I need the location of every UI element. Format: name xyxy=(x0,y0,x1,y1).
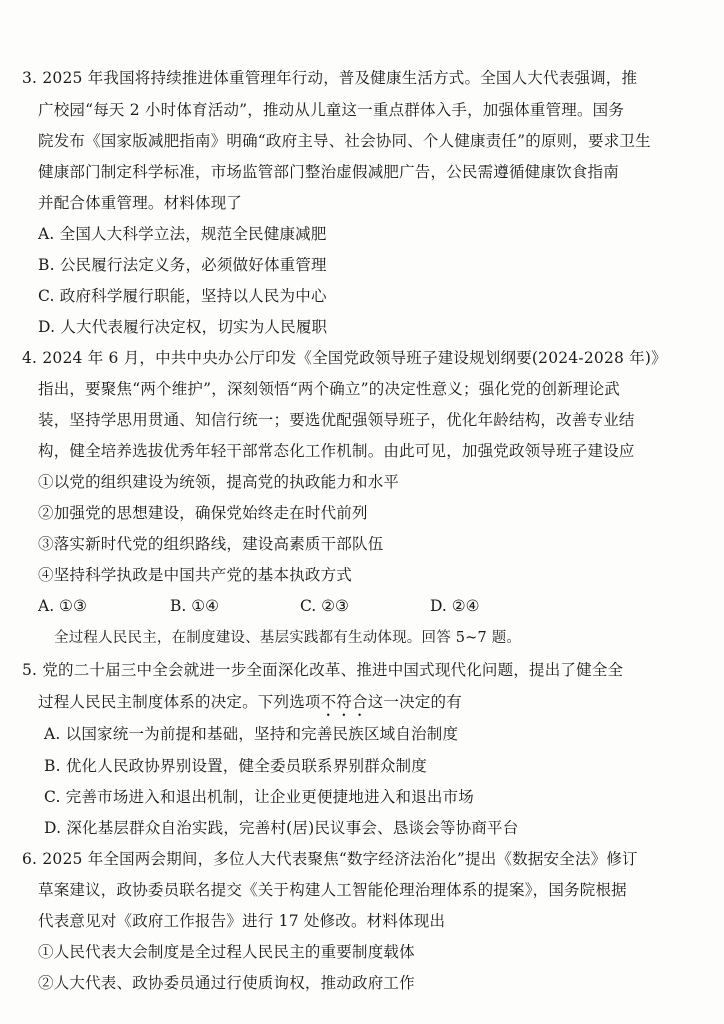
q6-stem-line: 6. 2025 年全国两会期间，多位人大代表聚焦“数字经济法治化”提出《数据安全… xyxy=(22,849,638,869)
q5-stem-line: 过程人民民主制度体系的决定。下列选项不符合这一决定的有 xyxy=(38,692,462,720)
q6-stem-line: 草案建议，政协委员联名提交《关于构建人工智能伦理治理体系的提案》，国务院根据 xyxy=(38,880,627,900)
q5-stem-line: 5. 党的二十届三中全会就进一步全面深化改革、推进中国式现代化问题，提出了健全全 xyxy=(22,660,623,680)
q3-option-a: A. 全国人大科学立法，规范全民健康减肥 xyxy=(38,224,327,244)
q4-statement-4: ④坚持科学执政是中国共产党的基本执政方式 xyxy=(38,565,352,585)
exam-page: 3. 2025 年我国将持续推进体重管理年行动，普及健康生活方式。全国人大代表强… xyxy=(0,0,724,1024)
q3-stem-line: 并配合体重管理。材料体现了 xyxy=(38,193,242,213)
q5-emphasis-not-conform: 不符合 xyxy=(321,693,368,711)
q4-stem-line: 指出，要聚焦“两个维护”，深刻领悟“两个确立”的决定性意义；强化党的创新理论武 xyxy=(38,379,620,399)
q3-stem-line: 广校园“每天 2 小时体育活动”，推动从儿童这一重点群体入手，加强体重管理。国务 xyxy=(38,100,624,120)
q4-stem-line: 4. 2024 年 6 月，中共中央办公厅印发《全国党政领导班子建设规划纲要(2… xyxy=(22,348,667,368)
q4-statement-3: ③落实新时代党的组织路线，建设高素质干部队伍 xyxy=(38,534,383,554)
q5-stem-post: 这一决定的有 xyxy=(368,693,462,711)
q6-statement-1: ①人民代表大会制度是全过程人民民主的重要制度载体 xyxy=(38,942,415,962)
q4-choice-b: B. ①④ xyxy=(170,596,219,616)
q3-option-c: C. 政府科学履行职能，坚持以人民为中心 xyxy=(38,286,327,306)
q3-option-d: D. 人大代表履行决定权，切实为人民履职 xyxy=(38,317,327,337)
q3-stem-line: 院发布《国家版减肥指南》明确“政府主导、社会协同、个人健康责任”的原则，要求卫生 xyxy=(38,131,651,151)
q5-option-c: C. 完善市场进入和退出机制，让企业更便捷地进入和退出市场 xyxy=(44,787,474,807)
q5-option-d: D. 深化基层群众自治实践，完善村(居)民议事会、恳谈会等协商平台 xyxy=(44,818,518,838)
q6-stem-line: 代表意见对《政府工作报告》进行 17 处修改。材料体现出 xyxy=(38,911,445,931)
q4-statement-1: ①以党的组织建设为统领，提高党的执政能力和水平 xyxy=(38,472,399,492)
q4-choice-d: D. ②④ xyxy=(430,596,480,616)
q5-option-a: A. 以国家统一为前提和基础，坚持和完善民族区域自治制度 xyxy=(44,724,458,744)
q3-stem-line: 健康部门制定科学标准，市场监管部门整治虚假减肥广告，公民需遵循健康饮食指南 xyxy=(38,162,619,182)
q4-stem-line: 构，健全培养选拔优秀年轻干部常态化工作机制。由此可见，加强党政领导班子建设应 xyxy=(38,441,635,461)
q5-option-b: B. 优化人民政协界别设置，健全委员联系界别群众制度 xyxy=(44,756,427,776)
q5-stem-pre: 过程人民民主制度体系的决定。下列选项 xyxy=(38,693,321,711)
q4-choice-c: C. ②③ xyxy=(300,596,349,616)
q6-statement-2: ②人大代表、政协委员通过行使质询权，推动政府工作 xyxy=(38,973,415,993)
q4-choice-a: A. ①③ xyxy=(38,596,87,616)
section-intro-5-7: 全过程人民民主，在制度建设、基层实践都有生动体现。回答 5~7 题。 xyxy=(54,628,521,648)
q3-option-b: B. 公民履行法定义务，必须做好体重管理 xyxy=(38,255,327,275)
q3-stem-line: 3. 2025 年我国将持续推进体重管理年行动，普及健康生活方式。全国人大代表强… xyxy=(22,68,637,88)
q4-stem-line: 装，坚持学思用贯通、知信行统一；要选优配强领导班子，优化年龄结构，改善专业结 xyxy=(38,410,635,430)
q4-statement-2: ②加强党的思想建设，确保党始终走在时代前列 xyxy=(38,503,368,523)
